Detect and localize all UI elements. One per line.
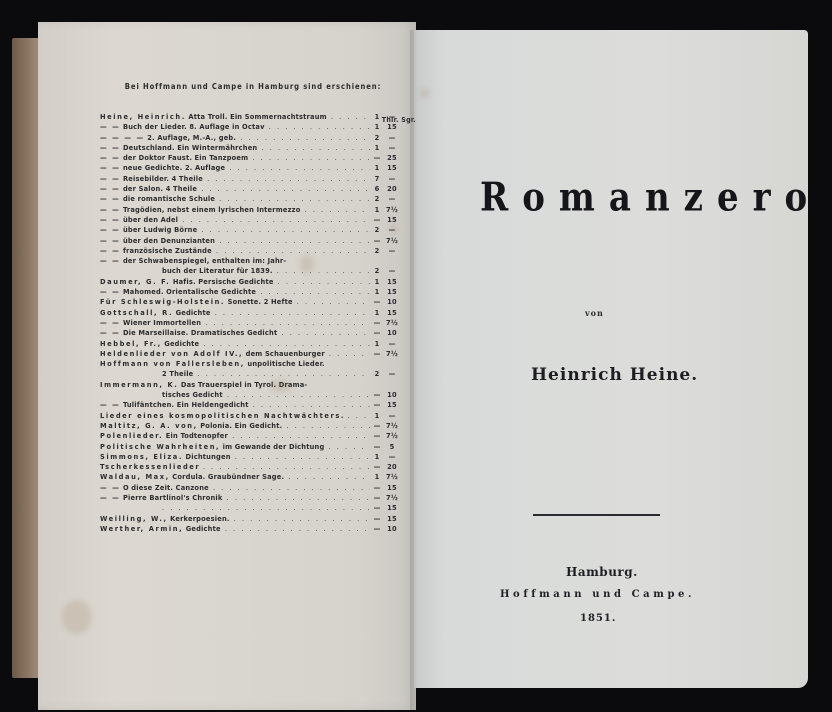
- catalog-entry: — — die romantische Schule2—: [100, 194, 400, 204]
- catalog-entry: Für Schleswig-Holstein. Sonette. 2 Hefte…: [100, 297, 400, 307]
- price-thaler: —: [370, 442, 384, 452]
- entry-author: Hoffmann von Fallersleben,: [100, 359, 245, 368]
- entry-text: Polenlieder. Ein Todtenopfer: [100, 431, 370, 441]
- catalog-entry: — — der Doktor Faust. Ein Tanzpoem—25: [100, 153, 400, 163]
- price-thaler: 7: [370, 174, 384, 184]
- catalog-header: Bei Hoffmann und Campe in Hamburg sind e…: [106, 82, 400, 91]
- price-silbergroschen: —: [384, 369, 400, 379]
- price-silbergroschen: 7½: [384, 421, 400, 431]
- entry-title: Pierre Bartlinol's Chronik: [123, 493, 223, 502]
- entry-text: — — Tragödien, nebst einem lyrischen Int…: [100, 205, 370, 215]
- entry-author: Tscherkessenlieder: [100, 462, 200, 471]
- price-thaler: —: [370, 318, 384, 328]
- catalog-entry: Weilling, W., Kerkerpoesien.—15: [100, 514, 400, 524]
- price-thaler: —: [370, 514, 384, 524]
- entry-text: — — der Doktor Faust. Ein Tanzpoem: [100, 153, 370, 163]
- entry-title: Reisebilder. 4 Theile: [123, 174, 203, 183]
- entry-text: — — — — 2. Auflage, M.-A., geb.: [100, 133, 370, 143]
- entry-author: — — — —: [100, 133, 145, 142]
- catalog-entry: Tscherkessenlieder —20: [100, 462, 400, 472]
- entry-author: — —: [100, 153, 120, 162]
- price-silbergroschen: 15: [384, 400, 400, 410]
- entry-title: Tragödien, nebst einem lyrischen Interme…: [123, 205, 301, 214]
- price-silbergroschen: —: [384, 266, 400, 276]
- price-silbergroschen: 10: [384, 297, 400, 307]
- entry-title: Gedichte: [176, 308, 211, 317]
- entry-title: Ein Todtenopfer: [166, 431, 228, 440]
- price-thaler: —: [370, 493, 384, 503]
- entry-title: Polonia. Ein Gedicht.: [200, 421, 282, 430]
- entry-text: — — Reisebilder. 4 Theile: [100, 174, 370, 184]
- price-silbergroschen: 10: [384, 390, 400, 400]
- price-thaler: 1: [370, 287, 384, 297]
- entry-author: — —: [100, 143, 120, 152]
- price-thaler: 2: [370, 133, 384, 143]
- catalog-entry: Heine, Heinrich. Atta Troll. Ein Sommern…: [100, 112, 400, 122]
- entry-author: — —: [100, 328, 120, 337]
- foxing-stain: [420, 88, 430, 98]
- entry-title: buch der Literatur für 1839.: [162, 266, 273, 275]
- price-silbergroschen: 15: [384, 215, 400, 225]
- entry-title: Buch der Lieder. 8. Auflage in Octav: [123, 122, 265, 131]
- publication-city: Hamburg.: [566, 565, 638, 579]
- price-thaler: —: [370, 328, 384, 338]
- catalog-entry: Daumer, G. F. Hafis. Persische Gedichte1…: [100, 277, 400, 287]
- entry-author: — —: [100, 236, 120, 245]
- price-thaler: 1: [370, 205, 384, 215]
- catalog-entry: — — Wiener Immortellen—7½: [100, 318, 400, 328]
- price-thaler: 2: [370, 246, 384, 256]
- entry-title: Gedichte: [164, 339, 199, 348]
- entry-title: über den Denunzianten: [123, 236, 215, 245]
- price-thaler: 2: [370, 225, 384, 235]
- price-silbergroschen: —: [384, 143, 400, 153]
- price-thaler: 1: [370, 411, 384, 421]
- entry-text: — — O diese Zeit. Canzone: [100, 483, 370, 493]
- entry-text: Gottschall, R. Gedichte: [100, 308, 370, 318]
- catalog-entry: Heldenlieder von Adolf IV., dem Schauenb…: [100, 349, 400, 359]
- entry-text: Politische Wahrheiten, im Gewande der Di…: [100, 442, 370, 452]
- price-thaler: —: [370, 349, 384, 359]
- entry-author: — —: [100, 122, 120, 131]
- entry-text: 2 Theile: [100, 369, 370, 379]
- price-silbergroschen: 7½: [384, 236, 400, 246]
- entry-title: Mahomed. Orientalische Gedichte: [123, 287, 256, 296]
- catalog-entry: — — über den Denunzianten—7½: [100, 236, 400, 246]
- catalog-entry: — — O diese Zeit. Canzone—15: [100, 483, 400, 493]
- entry-text: — — Deutschland. Ein Wintermährchen: [100, 143, 370, 153]
- entry-author: — —: [100, 256, 120, 265]
- price-silbergroschen: 15: [384, 308, 400, 318]
- catalog-entry: —15: [100, 503, 400, 513]
- author-name: Heinrich Heine.: [531, 365, 698, 385]
- entry-text: Weilling, W., Kerkerpoesien.: [100, 514, 370, 524]
- publisher-catalog: Bei Hoffmann und Campe in Hamburg sind e…: [100, 82, 400, 534]
- entry-author: Polenlieder.: [100, 431, 163, 440]
- price-thaler: 1: [370, 452, 384, 462]
- entry-author: Weilling, W.,: [100, 514, 168, 523]
- price-silbergroschen: 7½: [384, 431, 400, 441]
- price-silbergroschen: 15: [384, 287, 400, 297]
- entry-author: Simmons, Eliza.: [100, 452, 183, 461]
- entry-text: Lieder eines kosmopolitischen Nachtwächt…: [100, 411, 370, 421]
- price-silbergroschen: 7½: [384, 318, 400, 328]
- entry-title: der Salon. 4 Theile: [123, 184, 197, 193]
- entry-text: Hebbel, Fr., Gedichte: [100, 339, 370, 349]
- price-silbergroschen: —: [384, 339, 400, 349]
- entry-title: O diese Zeit. Canzone: [123, 483, 209, 492]
- entry-text: Waldau, Max, Cordula. Graubündner Sage.: [100, 472, 370, 482]
- entry-text: Simmons, Eliza. Dichtungen: [100, 452, 370, 462]
- entry-text: Werther, Armin, Gedichte: [100, 524, 370, 534]
- entry-author: — —: [100, 174, 120, 183]
- price-silbergroschen: —: [384, 452, 400, 462]
- price-silbergroschen: 15: [384, 514, 400, 524]
- entry-author: Politische Wahrheiten,: [100, 442, 220, 451]
- entry-text: [100, 503, 370, 513]
- entry-title: Deutschland. Ein Wintermährchen: [123, 143, 257, 152]
- sgr-column-header: Sgr.: [401, 116, 416, 124]
- price-thaler: —: [370, 524, 384, 534]
- price-silbergroschen: 15: [384, 483, 400, 493]
- entry-text: — — Die Marseillaise. Dramatisches Gedic…: [100, 328, 370, 338]
- catalog-entry: tisches Gedicht—10: [100, 390, 400, 400]
- entry-author: Gottschall, R.: [100, 308, 173, 317]
- price-thaler: 1: [370, 472, 384, 482]
- catalog-entry: Simmons, Eliza. Dichtungen1—: [100, 452, 400, 462]
- catalog-entry: Waldau, Max, Cordula. Graubündner Sage.1…: [100, 472, 400, 482]
- entry-text: tisches Gedicht: [100, 390, 370, 400]
- thlr-column-header: Thlr.: [382, 116, 399, 124]
- price-silbergroschen: 7½: [384, 349, 400, 359]
- entry-author: Heldenlieder von Adolf IV.,: [100, 349, 243, 358]
- entry-text: Tscherkessenlieder: [100, 462, 370, 472]
- entry-author: Hebbel, Fr.,: [100, 339, 162, 348]
- publisher-name: Hoffmann und Campe.: [500, 589, 695, 600]
- entry-text: — — französische Zustände: [100, 246, 370, 256]
- entry-title: Das Trauerspiel in Tyrol. Drama-: [181, 380, 308, 389]
- entry-text: — — Tulifäntchen. Ein Heldengedicht: [100, 400, 370, 410]
- price-silbergroschen: —: [384, 174, 400, 184]
- entry-title: französische Zustände: [123, 246, 212, 255]
- catalog-entry: Immermann, K. Das Trauerspiel in Tyrol. …: [100, 380, 400, 390]
- catalog-entry: — — Buch der Lieder. 8. Auflage in Octav…: [100, 122, 400, 132]
- entry-title: über den Adel: [123, 215, 178, 224]
- entry-author: Immermann, K.: [100, 380, 178, 389]
- price-silbergroschen: 15: [384, 503, 400, 513]
- price-thaler: —: [370, 400, 384, 410]
- price-silbergroschen: —: [384, 246, 400, 256]
- entry-author: Für Schleswig-Holstein.: [100, 297, 225, 306]
- entry-text: — — über den Denunzianten: [100, 236, 370, 246]
- entry-author: — —: [100, 184, 120, 193]
- publication-year: 1851.: [580, 613, 616, 624]
- catalog-entry: 2 Theile2—: [100, 369, 400, 379]
- entry-text: Hoffmann von Fallersleben, unpolitische …: [100, 359, 370, 369]
- catalog-entry: — — Pierre Bartlinol's Chronik—7½: [100, 493, 400, 503]
- book-title: Romanzero: [480, 175, 730, 221]
- price-silbergroschen: —: [384, 411, 400, 421]
- price-silbergroschen: 10: [384, 328, 400, 338]
- entry-title: Tulifäntchen. Ein Heldengedicht: [123, 400, 249, 409]
- catalog-entry: — — über den Adel—15: [100, 215, 400, 225]
- entry-author: Lieder eines kosmopolitischen Nachtwächt…: [100, 411, 345, 420]
- price-thaler: 1: [370, 277, 384, 287]
- catalog-entry: — — Deutschland. Ein Wintermährchen1—: [100, 143, 400, 153]
- catalog-entry: — — der Salon. 4 Theile620: [100, 184, 400, 194]
- entry-title: Kerkerpoesien.: [170, 514, 229, 523]
- entry-text: — — über den Adel: [100, 215, 370, 225]
- entry-author: — —: [100, 493, 120, 502]
- entry-text: Heine, Heinrich. Atta Troll. Ein Sommern…: [100, 112, 370, 122]
- entry-title: Gedichte: [186, 524, 221, 533]
- entry-text: — — die romantische Schule: [100, 194, 370, 204]
- entry-author: — —: [100, 225, 120, 234]
- price-silbergroschen: 7½: [384, 493, 400, 503]
- entry-text: buch der Literatur für 1839.: [100, 266, 370, 276]
- entry-title: Atta Troll. Ein Sommernachtstraum: [188, 112, 326, 121]
- price-silbergroschen: 25: [384, 153, 400, 163]
- price-column-headers: Thlr. Sgr.: [382, 116, 416, 124]
- price-silbergroschen: —: [384, 225, 400, 235]
- entry-text: — — Wiener Immortellen: [100, 318, 370, 328]
- entry-text: Heldenlieder von Adolf IV., dem Schauenb…: [100, 349, 370, 359]
- catalog-entry: — — neue Gedichte. 2. Auflage115: [100, 163, 400, 173]
- entry-author: — —: [100, 163, 120, 172]
- entry-text: — — Buch der Lieder. 8. Auflage in Octav: [100, 122, 370, 132]
- price-thaler: —: [370, 431, 384, 441]
- entry-title: im Gewande der Dichtung: [223, 442, 325, 451]
- foxing-stain: [62, 600, 92, 634]
- entry-author: — —: [100, 205, 120, 214]
- entry-author: — —: [100, 318, 120, 327]
- catalog-entry: — — — — 2. Auflage, M.-A., geb.2—: [100, 133, 400, 143]
- price-thaler: —: [370, 462, 384, 472]
- price-thaler: —: [370, 236, 384, 246]
- price-silbergroschen: —: [384, 133, 400, 143]
- price-thaler: 2: [370, 369, 384, 379]
- catalog-entry: — — Mahomed. Orientalische Gedichte115: [100, 287, 400, 297]
- by-line: von: [585, 308, 604, 318]
- catalog-entry: buch der Literatur für 1839.2—: [100, 266, 400, 276]
- price-thaler: 1: [370, 339, 384, 349]
- entry-author: Werther, Armin,: [100, 524, 183, 533]
- entry-title: der Doktor Faust. Ein Tanzpoem: [123, 153, 248, 162]
- price-silbergroschen: 7½: [384, 472, 400, 482]
- catalog-list: Heine, Heinrich. Atta Troll. Ein Sommern…: [100, 112, 400, 534]
- entry-title: Cordula. Graubündner Sage.: [172, 472, 284, 481]
- entry-author: — —: [100, 483, 120, 492]
- entry-text: Für Schleswig-Holstein. Sonette. 2 Hefte: [100, 297, 370, 307]
- entry-author: — —: [100, 400, 120, 409]
- price-silbergroschen: 7½: [384, 205, 400, 215]
- entry-author: — —: [100, 287, 120, 296]
- price-thaler: 6: [370, 184, 384, 194]
- price-thaler: —: [370, 503, 384, 513]
- catalog-entry: Werther, Armin, Gedichte—10: [100, 524, 400, 534]
- entry-title: über Ludwig Börne: [123, 225, 197, 234]
- catalog-entry: Hoffmann von Fallersleben, unpolitische …: [100, 359, 400, 369]
- catalog-entry: Gottschall, R. Gedichte115: [100, 308, 400, 318]
- entry-title: unpolitische Lieder.: [247, 359, 324, 368]
- entry-text: Immermann, K. Das Trauerspiel in Tyrol. …: [100, 380, 370, 390]
- entry-text: — — neue Gedichte. 2. Auflage: [100, 163, 370, 173]
- catalog-entry: — — Die Marseillaise. Dramatisches Gedic…: [100, 328, 400, 338]
- entry-title: Wiener Immortellen: [123, 318, 201, 327]
- entry-author: — —: [100, 246, 120, 255]
- entry-text: — — Pierre Bartlinol's Chronik: [100, 493, 370, 503]
- price-silbergroschen: 10: [384, 524, 400, 534]
- price-thaler: 1: [370, 143, 384, 153]
- entry-text: Maltitz, G. A. von, Polonia. Ein Gedicht…: [100, 421, 370, 431]
- entry-author: Heine, Heinrich.: [100, 112, 186, 121]
- price-thaler: 1: [370, 163, 384, 173]
- catalog-entry: Lieder eines kosmopolitischen Nachtwächt…: [100, 411, 400, 421]
- catalog-entry: Politische Wahrheiten, im Gewande der Di…: [100, 442, 400, 452]
- catalog-entry: Polenlieder. Ein Todtenopfer—7½: [100, 431, 400, 441]
- entry-title: die romantische Schule: [123, 194, 215, 203]
- price-thaler: —: [370, 297, 384, 307]
- price-silbergroschen: 20: [384, 184, 400, 194]
- price-thaler: —: [370, 421, 384, 431]
- entry-title: tisches Gedicht: [162, 390, 223, 399]
- catalog-entry: — — Tragödien, nebst einem lyrischen Int…: [100, 205, 400, 215]
- catalog-entry: — — Tulifäntchen. Ein Heldengedicht—15: [100, 400, 400, 410]
- horizontal-rule: [533, 514, 660, 516]
- entry-text: — — über Ludwig Börne: [100, 225, 370, 235]
- price-thaler: —: [370, 483, 384, 493]
- entry-title: 2 Theile: [162, 369, 193, 378]
- price-thaler: —: [370, 390, 384, 400]
- entry-text: — — der Salon. 4 Theile: [100, 184, 370, 194]
- entry-author: — —: [100, 215, 120, 224]
- price-thaler: 2: [370, 266, 384, 276]
- catalog-entry: — — französische Zustände2—: [100, 246, 400, 256]
- price-silbergroschen: 15: [384, 163, 400, 173]
- entry-author: Daumer, G. F.: [100, 277, 170, 286]
- price-thaler: 2: [370, 194, 384, 204]
- entry-author: Maltitz, G. A. von,: [100, 421, 198, 430]
- price-thaler: —: [370, 215, 384, 225]
- entry-title: der Schwabenspiegel, enthalten im: Jahr-: [123, 256, 286, 265]
- price-thaler: 1: [370, 308, 384, 318]
- entry-title: Die Marseillaise. Dramatisches Gedicht: [123, 328, 277, 337]
- entry-text: — — der Schwabenspiegel, enthalten im: J…: [100, 256, 370, 266]
- book-gutter: [410, 30, 418, 710]
- catalog-entry: — — Reisebilder. 4 Theile7—: [100, 174, 400, 184]
- price-silbergroschen: —: [384, 194, 400, 204]
- entry-text: Daumer, G. F. Hafis. Persische Gedichte: [100, 277, 370, 287]
- entry-title: dem Schauenburger: [246, 349, 325, 358]
- entry-author: Waldau, Max,: [100, 472, 170, 481]
- catalog-entry: — — über Ludwig Börne2—: [100, 225, 400, 235]
- catalog-entry: — — der Schwabenspiegel, enthalten im: J…: [100, 256, 400, 266]
- entry-author: — —: [100, 194, 120, 203]
- entry-title: Dichtungen: [186, 452, 231, 461]
- catalog-entry: Hebbel, Fr., Gedichte1—: [100, 339, 400, 349]
- price-thaler: —: [370, 153, 384, 163]
- entry-title: Sonette. 2 Hefte: [228, 297, 293, 306]
- entry-title: 2. Auflage, M.-A., geb.: [147, 133, 236, 142]
- entry-text: — — Mahomed. Orientalische Gedichte: [100, 287, 370, 297]
- catalog-entry: Maltitz, G. A. von, Polonia. Ein Gedicht…: [100, 421, 400, 431]
- price-silbergroschen: 15: [384, 277, 400, 287]
- price-silbergroschen: 20: [384, 462, 400, 472]
- price-silbergroschen: 5: [384, 442, 400, 452]
- entry-title: neue Gedichte. 2. Auflage: [123, 163, 225, 172]
- entry-title: Hafis. Persische Gedichte: [173, 277, 274, 286]
